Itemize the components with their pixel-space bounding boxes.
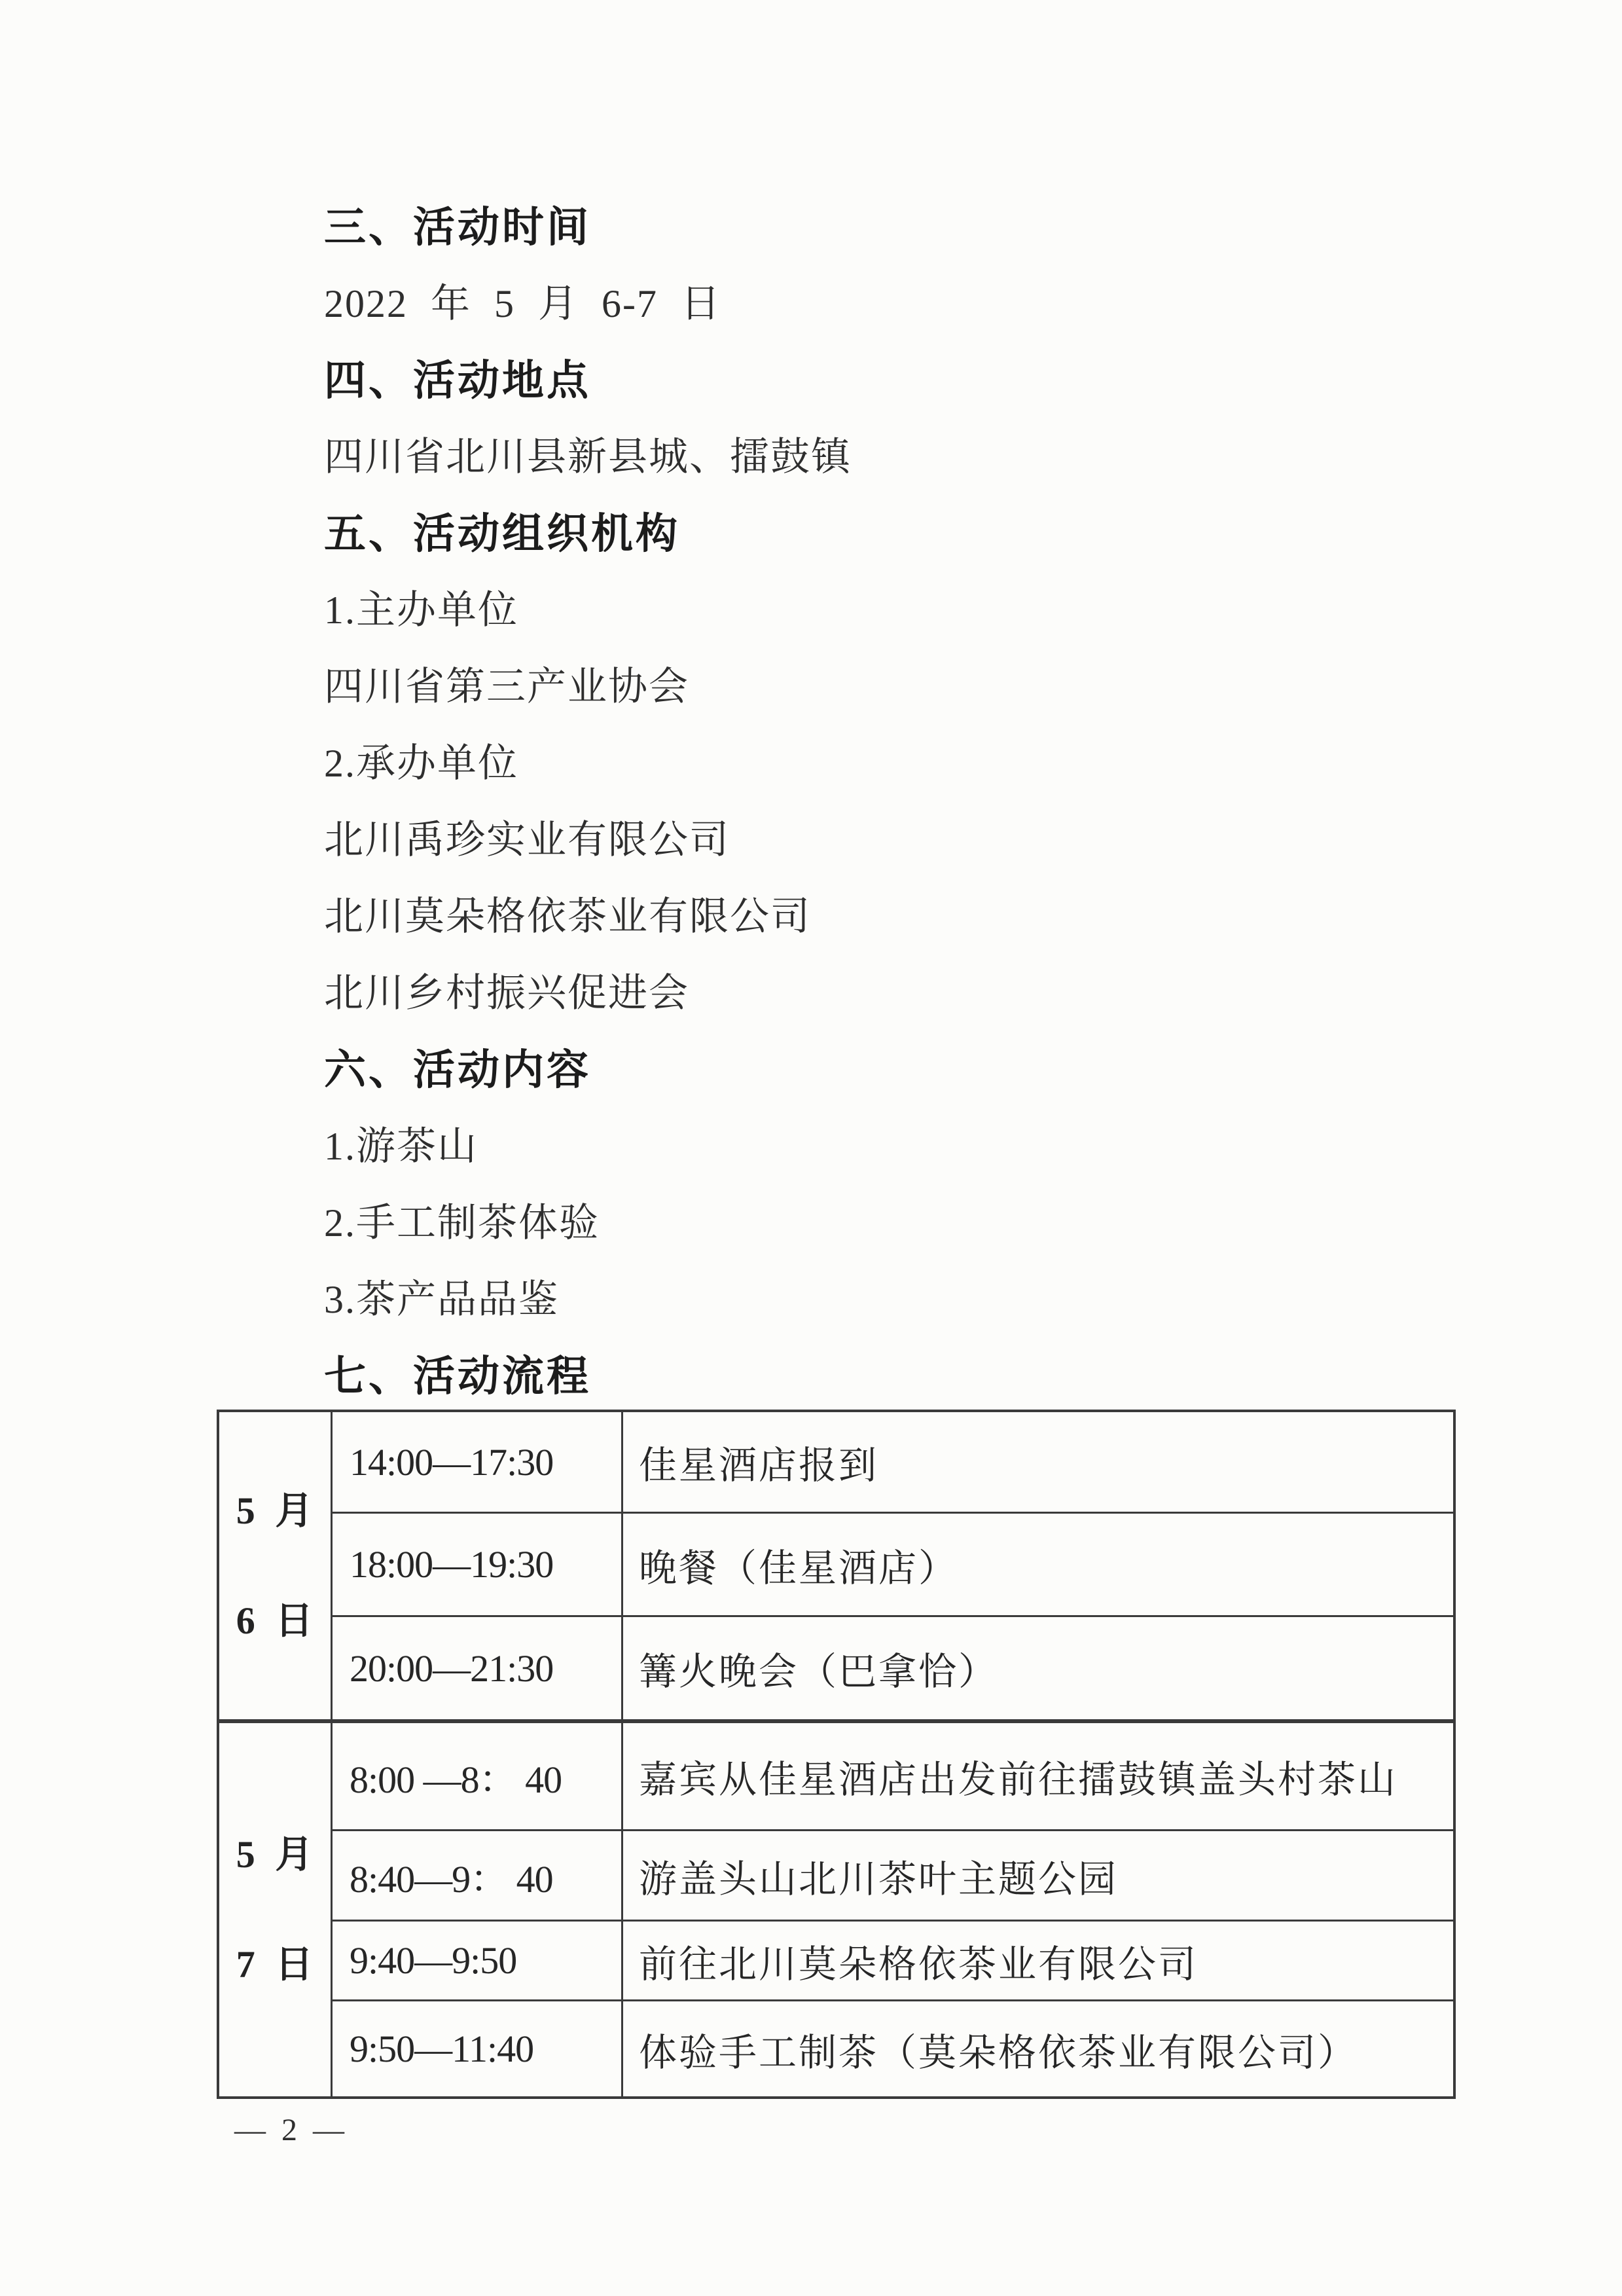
para-content-1: 1.游茶山: [324, 1104, 1476, 1181]
date-cell-may-6: 5 月 6 日: [219, 1412, 333, 1723]
date-cell-may-7: 5 月 7 日: [219, 1723, 333, 2096]
schedule-table: 5 月 6 日 14:00—17:30 佳星酒店报到 18:00—19:30 晚…: [217, 1410, 1456, 2099]
date-day-line: 7 日: [236, 1910, 314, 2020]
time-cell: 18:00—19:30: [333, 1514, 623, 1617]
para-undertaker-2: 北川莫朵格依茶业有限公司: [324, 875, 1476, 951]
activity-cell: 体验手工制茶（莫朵格依茶业有限公司）: [623, 2001, 1453, 2096]
time-cell: 9:40—9:50: [333, 1922, 623, 2001]
heading-activity-schedule: 七、活动流程: [324, 1334, 1476, 1411]
heading-organizers: 五、活动组织机构: [324, 492, 1476, 568]
activity-cell: 前往北川莫朵格依茶业有限公司: [623, 1922, 1453, 2001]
para-undertaker-1: 北川禹珍实业有限公司: [324, 798, 1476, 875]
para-host-label: 1.主办单位: [324, 568, 1476, 645]
heading-activity-time: 三、活动时间: [324, 185, 1476, 262]
para-activity-date: 2022 年 5 月 6-7 日: [324, 262, 1476, 338]
para-undertaker-3: 北川乡村振兴促进会: [324, 951, 1476, 1028]
activity-cell: 篝火晚会（巴拿恰）: [623, 1617, 1453, 1723]
para-content-3: 3.茶产品品鉴: [324, 1258, 1476, 1334]
activity-cell: 佳星酒店报到: [623, 1412, 1453, 1514]
date-month-line: 5 月: [236, 1800, 314, 1910]
activity-cell: 晚餐（佳星酒店）: [623, 1514, 1453, 1617]
para-undertaker-label: 2.承办单位: [324, 721, 1476, 798]
time-cell: 8:00 —8： 40: [333, 1723, 623, 1831]
time-cell: 14:00—17:30: [333, 1412, 623, 1514]
heading-activity-location: 四、活动地点: [324, 338, 1476, 415]
date-day-line: 6 日: [236, 1566, 314, 1676]
time-cell: 9:50—11:40: [333, 2001, 623, 2096]
para-content-2: 2.手工制茶体验: [324, 1181, 1476, 1258]
heading-activity-content: 六、活动内容: [324, 1028, 1476, 1104]
document-page: 三、活动时间 2022 年 5 月 6-7 日 四、活动地点 四川省北川县新县城…: [0, 0, 1622, 2296]
para-location: 四川省北川县新县城、擂鼓镇: [324, 415, 1476, 492]
document-body: 三、活动时间 2022 年 5 月 6-7 日 四、活动地点 四川省北川县新县城…: [324, 185, 1476, 1411]
time-cell: 8:40—9： 40: [333, 1831, 623, 1922]
activity-cell: 游盖头山北川茶叶主题公园: [623, 1831, 1453, 1922]
para-host-name: 四川省第三产业协会: [324, 645, 1476, 721]
time-cell: 20:00—21:30: [333, 1617, 623, 1723]
activity-cell: 嘉宾从佳星酒店出发前往擂鼓镇盖头村茶山: [623, 1723, 1453, 1831]
page-number: — 2 —: [234, 2112, 348, 2148]
date-month-line: 5 月: [236, 1456, 314, 1566]
